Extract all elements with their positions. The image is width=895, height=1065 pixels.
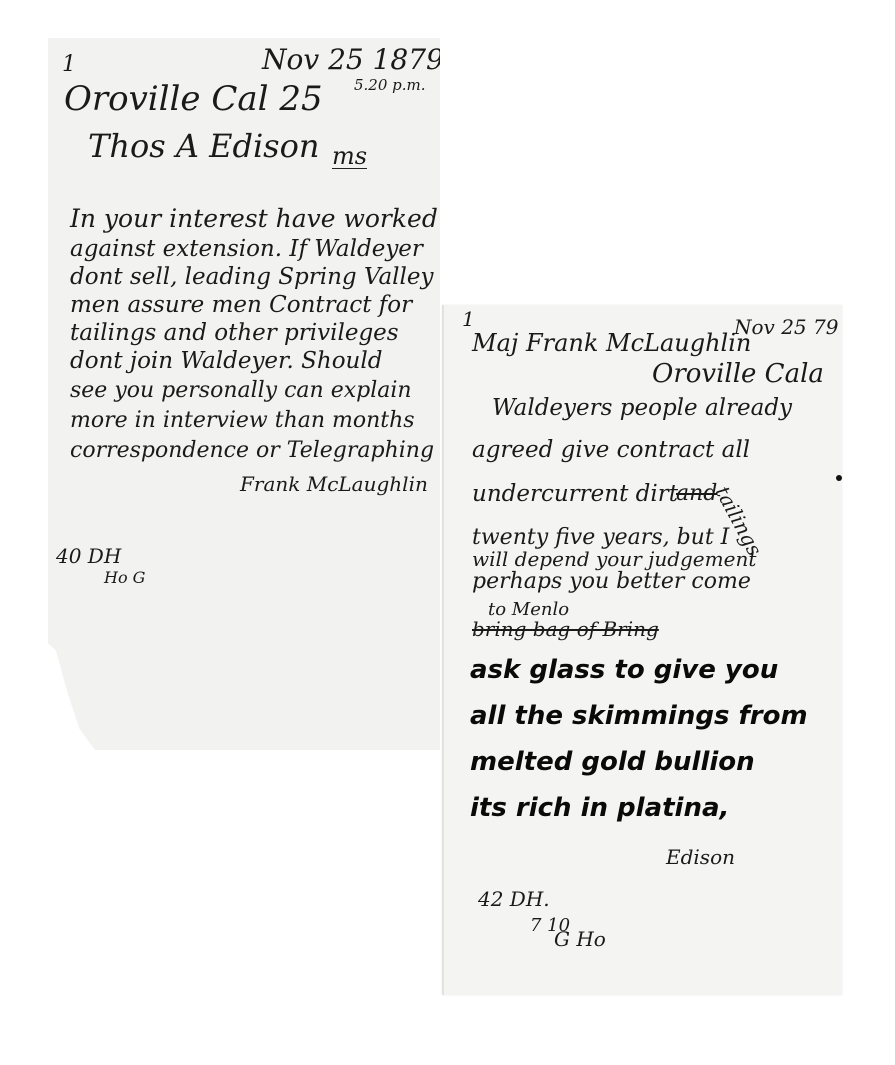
telegram-date: Nov 25 1879: [262, 46, 444, 74]
filing-mark: G Ho: [554, 929, 606, 949]
body-line: see you personally can explain: [70, 380, 412, 402]
struck-line: bring bag of Bring: [472, 619, 659, 639]
reply-date: Nov 25 79: [734, 317, 838, 337]
telegram-time: 5.20 p.m.: [354, 78, 426, 93]
filing-mark: 42 DH.: [478, 889, 550, 909]
body-line: melted gold bullion: [470, 749, 755, 775]
filing-mark: 40 DH: [56, 546, 121, 566]
body-line: correspondence or Telegraphing: [70, 440, 434, 462]
addressee: Maj Frank McLaughlin: [472, 331, 751, 355]
page-number-mark: 1: [462, 309, 475, 329]
body-line: perhaps you better come: [472, 571, 751, 593]
body-line: dont sell, leading Spring Valley: [70, 266, 434, 289]
sender-signature: Frank McLaughlin: [240, 474, 428, 494]
body-line: its rich in platina,: [470, 795, 729, 821]
addressee: Thos A Edison: [88, 130, 319, 162]
right-reply-sheet: 1 Maj Frank McLaughlin Nov 25 79 Orovill…: [442, 305, 842, 995]
body-line: agreed give contract all: [472, 439, 750, 462]
left-telegram-sheet: 1 Nov 25 1879 5.20 p.m. Oroville Cal 25 …: [48, 38, 440, 750]
body-line: will depend your judgement: [472, 549, 756, 569]
body-line: dont join Waldeyer. Should: [70, 350, 382, 373]
body-line: against extension. If Waldeyer: [70, 238, 423, 261]
origin-place: Oroville Cal 25: [64, 82, 323, 116]
body-line: all the skimmings from: [470, 703, 808, 729]
body-line: tailings and other privileges: [70, 322, 399, 345]
ink-spot: [836, 475, 842, 481]
page-number-mark: 1: [62, 54, 76, 76]
body-line: men assure men Contract for: [70, 294, 412, 317]
body-line: twenty five years, but I: [472, 527, 729, 549]
filing-mark: Ho G: [104, 570, 145, 586]
body-line: more in interview than months: [70, 410, 415, 432]
destination-place: Oroville Cala: [652, 361, 824, 387]
body-line: Waldeyers people already: [492, 397, 792, 420]
routing-mark: ms: [332, 144, 367, 169]
body-line: undercurrent dirt: [472, 483, 678, 506]
edison-signature: Edison: [666, 847, 735, 867]
body-line: In your interest have worked: [70, 206, 438, 231]
body-line: ask glass to give you: [470, 657, 778, 683]
